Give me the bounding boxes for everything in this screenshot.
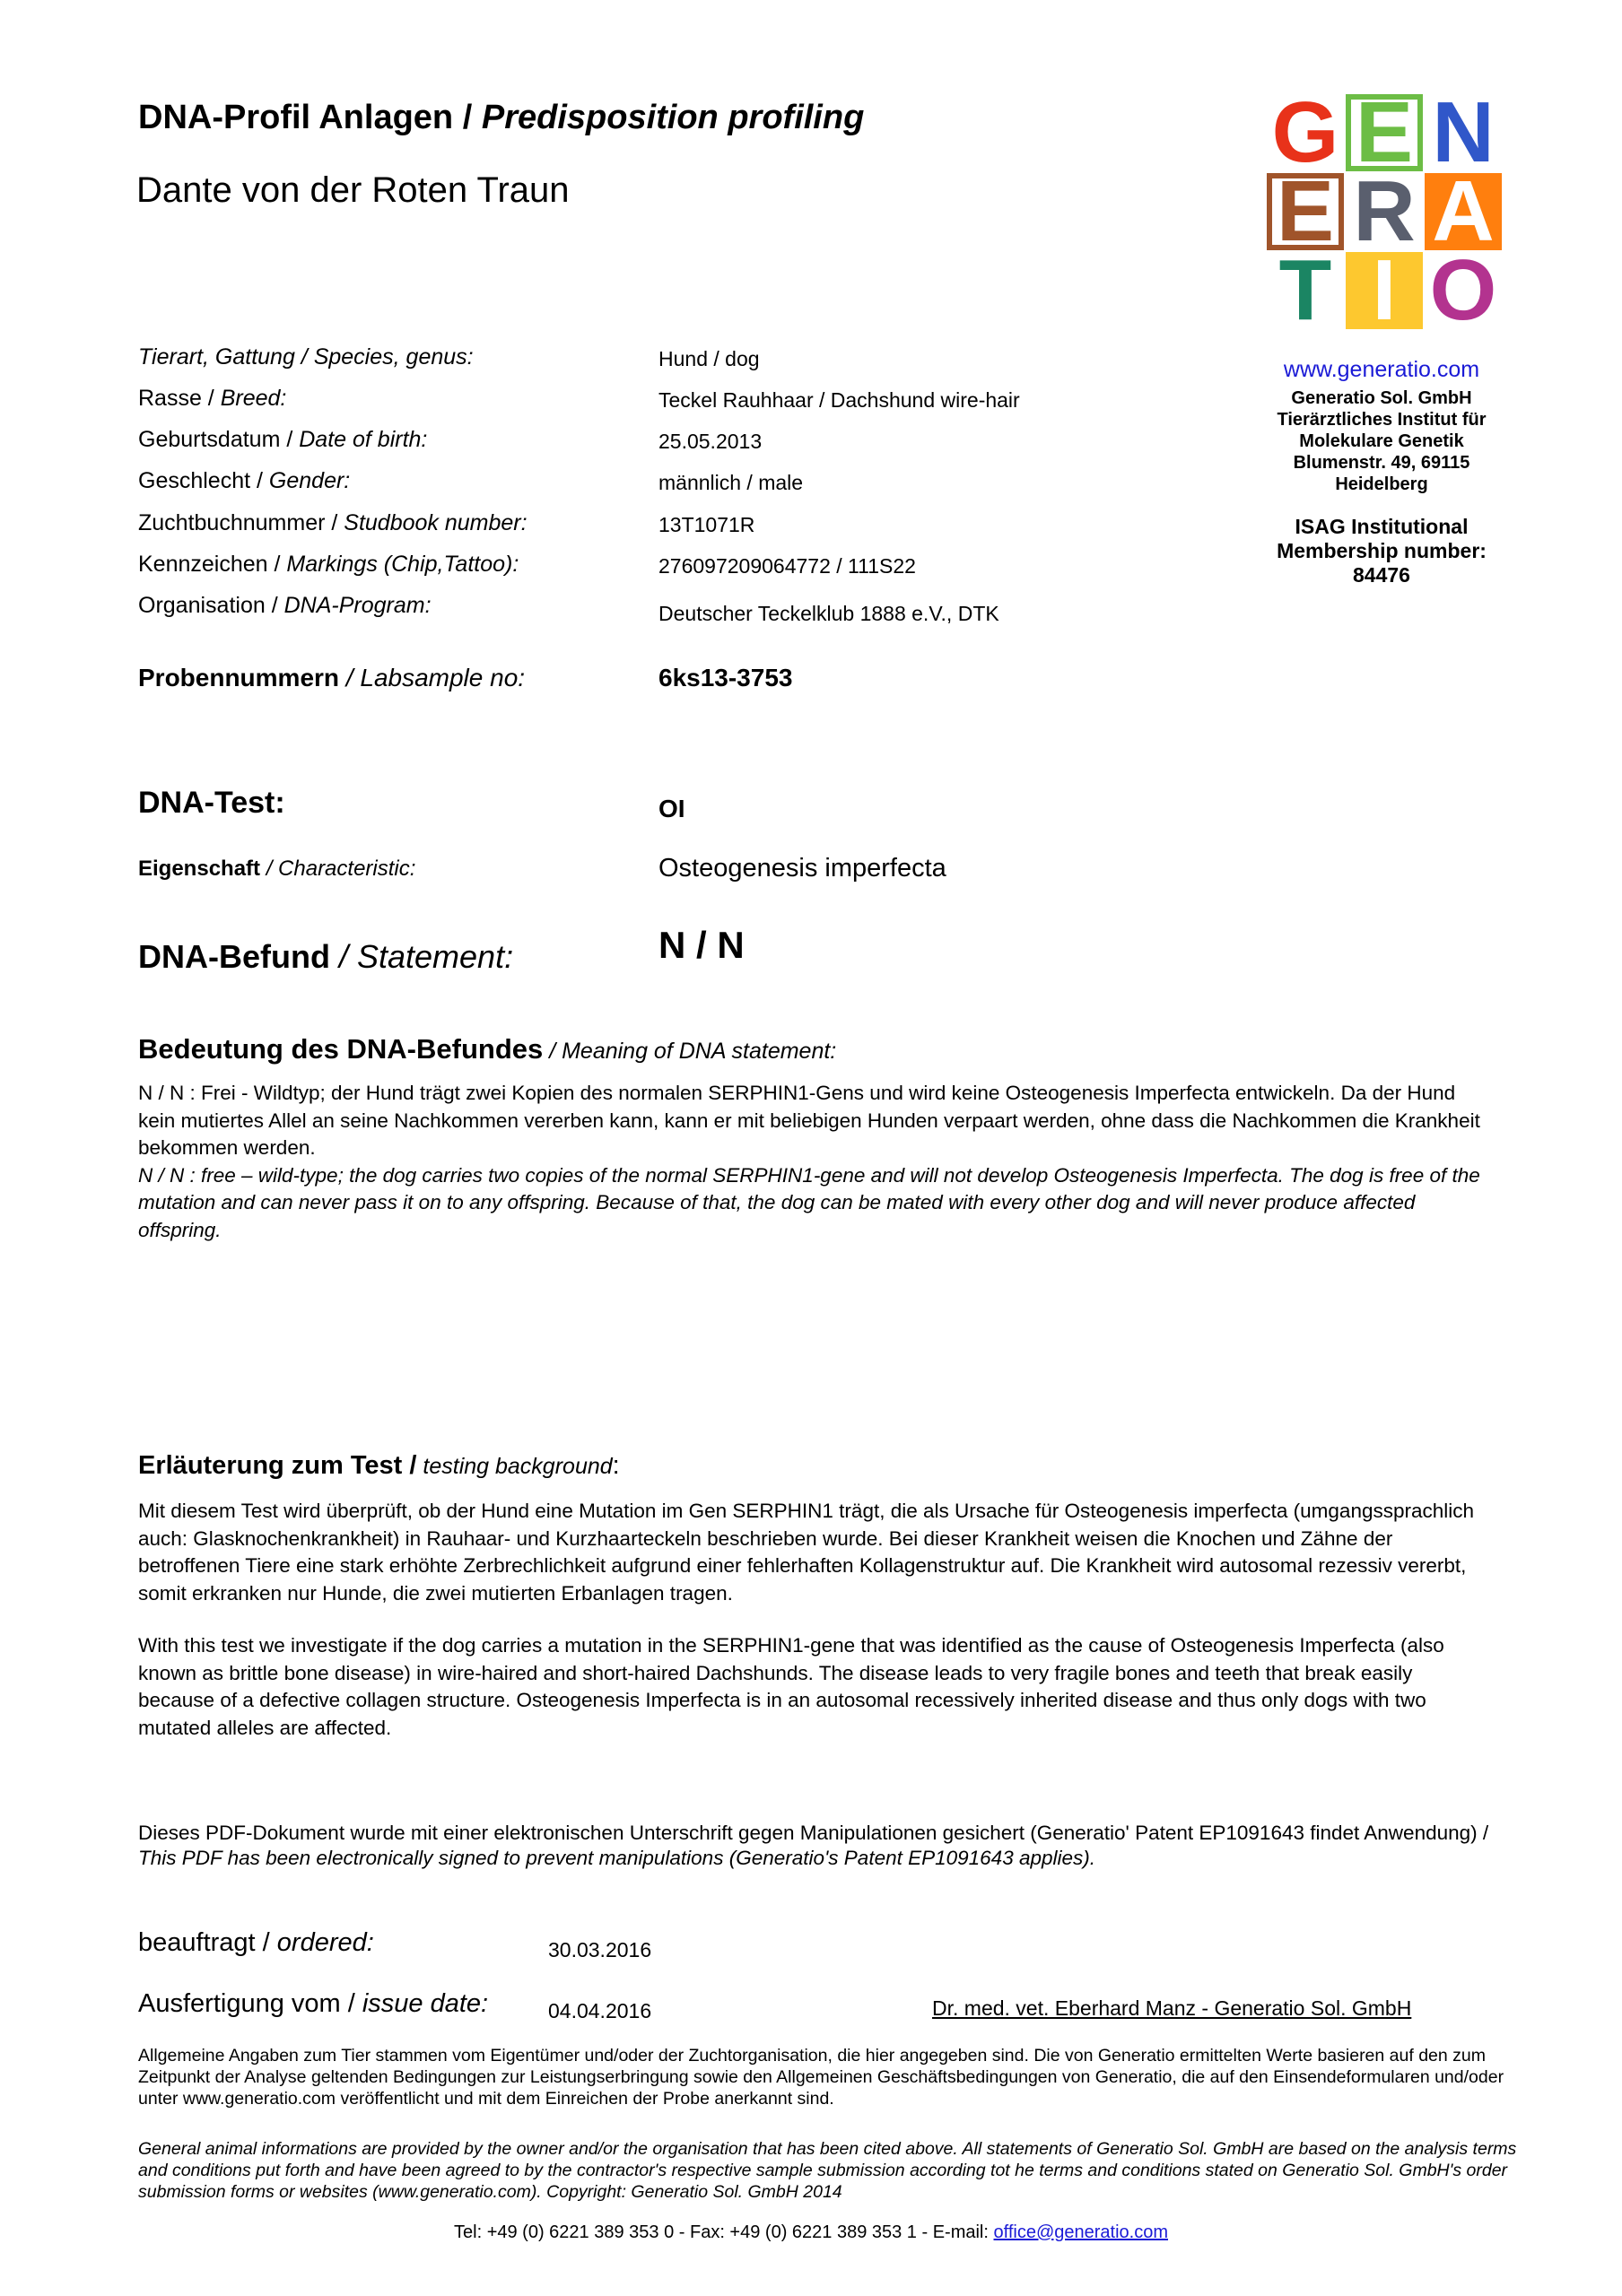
info-label-en: Species, genus: <box>314 344 474 370</box>
info-label-de: Organisation / <box>138 593 284 618</box>
disclaimer-en: General animal informations are provided… <box>138 2138 1538 2203</box>
meaning-text-en: N / N : free – wild-type; the dog carrie… <box>138 1162 1484 1245</box>
info-value: männlich / male <box>658 471 803 495</box>
logo-letter-n: N <box>1425 94 1502 171</box>
lab-address: Generatio Sol. GmbHTierärztliches Instit… <box>1238 387 1525 495</box>
ordered-label: beauftragt / ordered: <box>138 1928 374 1958</box>
info-label: Tierart, Gattung / Species, genus: <box>138 344 474 370</box>
meaning-heading: Bedeutung des DNA-Befundes / Meaning of … <box>138 1033 836 1065</box>
disclaimer-de: Allgemeine Angaben zum Tier stammen vom … <box>138 2045 1538 2109</box>
logo-letter-i: I <box>1346 252 1423 329</box>
isag-line: Membership number: <box>1238 539 1525 563</box>
isag-membership: ISAG InstitutionalMembership number:8447… <box>1238 515 1525 587</box>
lab-address-line: Generatio Sol. GmbH <box>1238 387 1525 409</box>
ordered-date: 30.03.2016 <box>548 1938 651 1962</box>
meaning-heading-en: / Meaning of DNA statement: <box>543 1039 836 1064</box>
info-label: Organisation / DNA-Program: <box>138 593 432 619</box>
info-label: Rasse / Breed: <box>138 386 286 412</box>
info-label-de: Rasse / <box>138 386 221 411</box>
statement-value: N / N <box>658 924 745 967</box>
info-label-en: Breed: <box>221 386 287 411</box>
dna-test-label: DNA-Test: <box>138 786 285 821</box>
title-separator: / <box>453 99 482 136</box>
signature-note: Dieses PDF-Dokument wurde mit einer elek… <box>138 1821 1502 1871</box>
background-text-en: With this test we investigate if the dog… <box>138 1632 1484 1742</box>
logo-letter-e: E <box>1267 173 1344 250</box>
meaning-text-de: N / N : Frei - Wildtyp; der Hund trägt z… <box>138 1080 1484 1162</box>
issue-label-de: Ausfertigung vom / <box>138 1989 362 2018</box>
characteristic-label: Eigenschaft / Characteristic: <box>138 857 415 882</box>
info-label-en: Markings (Chip,Tattoo): <box>286 552 519 577</box>
ordered-label-de: beauftragt / <box>138 1928 277 1957</box>
lab-address-line: Blumenstr. 49, 69115 <box>1238 452 1525 474</box>
labsample-value: 6ks13-3753 <box>658 664 792 692</box>
logo-letter-g: G <box>1267 94 1344 171</box>
characteristic-value: Osteogenesis imperfecta <box>658 854 946 883</box>
signer-name: Dr. med. vet. Eberhard Manz - Generatio … <box>932 1996 1411 2021</box>
info-label-de: Kennzeichen / <box>138 552 286 577</box>
info-label: Kennzeichen / Markings (Chip,Tattoo): <box>138 552 519 578</box>
contact-phone-fax: Tel: +49 (0) 6221 389 353 0 - Fax: +49 (… <box>454 2222 993 2242</box>
background-heading-colon: : <box>613 1451 620 1480</box>
info-value: Deutscher Teckelklub 1888 e.V., DTK <box>658 602 999 626</box>
info-value: 276097209064772 / 111S22 <box>658 554 916 578</box>
characteristic-label-en: / Characteristic: <box>260 857 415 881</box>
animal-name: Dante von der Roten Traun <box>136 170 570 211</box>
logo-letter-r: R <box>1346 173 1423 250</box>
issue-date: 04.04.2016 <box>548 1999 651 2023</box>
issue-date-label: Ausfertigung vom / issue date: <box>138 1989 488 2019</box>
meaning-heading-de: Bedeutung des DNA-Befundes <box>138 1033 543 1065</box>
info-label-en: DNA-Program: <box>284 593 432 618</box>
info-value: 25.05.2013 <box>658 430 762 454</box>
statement-label: DNA-Befund / Statement: <box>138 938 513 976</box>
statement-label-en: / Statement: <box>330 938 513 975</box>
ordered-label-en: ordered: <box>277 1928 374 1957</box>
logo-letter-t: T <box>1267 252 1344 329</box>
website-link[interactable]: www.generatio.com <box>1238 357 1525 383</box>
info-label: Geburtsdatum / Date of birth: <box>138 427 427 453</box>
info-label-en: Date of birth: <box>299 427 427 452</box>
issue-label-en: issue date: <box>362 1989 488 2018</box>
isag-line: 84476 <box>1238 563 1525 587</box>
info-label-de: Geschlecht / <box>138 468 269 493</box>
generatio-logo: GENERATIO <box>1267 94 1507 335</box>
logo-letter-a: A <box>1425 173 1502 250</box>
background-heading: Erläuterung zum Test / testing backgroun… <box>138 1451 620 1481</box>
labsample-label: Probennummern / Labsample no: <box>138 664 525 692</box>
document-title: DNA-Profil Anlagen / Predisposition prof… <box>138 99 864 137</box>
labsample-label-en: / Labsample no: <box>339 664 525 691</box>
info-label-en: Studbook number: <box>344 510 527 535</box>
info-value: 13T1071R <box>658 513 754 537</box>
signature-note-en: This PDF has been electronically signed … <box>138 1847 1095 1869</box>
contact-line: Tel: +49 (0) 6221 389 353 0 - Fax: +49 (… <box>0 2222 1622 2243</box>
signature-note-de: Dieses PDF-Dokument wurde mit einer elek… <box>138 1822 1488 1844</box>
isag-line: ISAG Institutional <box>1238 515 1525 539</box>
email-link[interactable]: office@generatio.com <box>994 2222 1168 2242</box>
info-label-de: Geburtsdatum / <box>138 427 299 452</box>
statement-label-de: DNA-Befund <box>138 938 330 975</box>
meaning-text: N / N : Frei - Wildtyp; der Hund trägt z… <box>138 1080 1484 1244</box>
title-en: Predisposition profiling <box>482 99 864 136</box>
info-label: Geschlecht / Gender: <box>138 468 350 494</box>
lab-address-line: Heidelberg <box>1238 474 1525 495</box>
lab-address-line: Tierärztliches Institut für <box>1238 409 1525 430</box>
background-heading-de: Erläuterung zum Test / <box>138 1451 416 1480</box>
info-label-en: Gender: <box>269 468 350 493</box>
info-label: Zuchtbuchnummer / Studbook number: <box>138 510 528 536</box>
info-value: Hund / dog <box>658 347 760 371</box>
labsample-label-de: Probennummern <box>138 664 339 691</box>
logo-letter-o: O <box>1425 252 1502 329</box>
logo-letter-e: E <box>1346 94 1423 171</box>
lab-address-line: Molekulare Genetik <box>1238 430 1525 452</box>
info-value: Teckel Rauhhaar / Dachshund wire-hair <box>658 388 1020 413</box>
characteristic-label-de: Eigenschaft <box>138 857 260 881</box>
title-de: DNA-Profil Anlagen <box>138 99 453 136</box>
background-heading-en: testing background <box>416 1454 612 1479</box>
dna-test-value: OI <box>658 795 685 823</box>
background-text-de: Mit diesem Test wird überprüft, ob der H… <box>138 1498 1484 1607</box>
info-label-de: Tierart, Gattung / <box>138 344 314 370</box>
info-label-de: Zuchtbuchnummer / <box>138 510 344 535</box>
